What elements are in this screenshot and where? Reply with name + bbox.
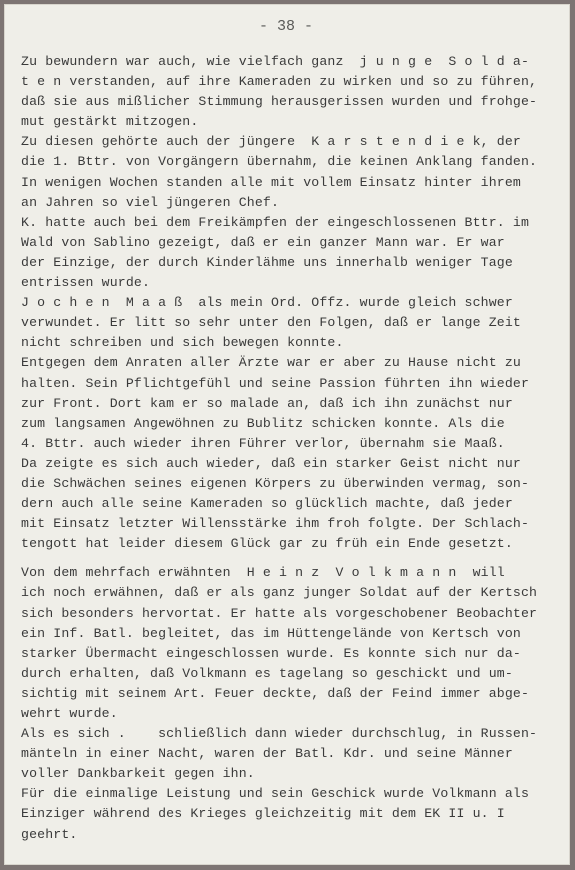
text-line: durch erhalten, daß Volkmann es tagelang… — [21, 664, 561, 684]
text-line: 4. Bttr. auch wieder ihren Führer verlor… — [21, 434, 561, 454]
page-number: - 38 - — [4, 18, 570, 35]
text-line: voller Dankbarkeit gegen ihn. — [21, 764, 561, 784]
text-line: Da zeigte es sich auch wieder, daß ein s… — [21, 454, 561, 474]
text-line: die 1. Bttr. von Vorgängern übernahm, di… — [21, 152, 561, 172]
text-line: In wenigen Wochen standen alle mit volle… — [21, 173, 561, 193]
text-line: mit Einsatz letzter Willensstärke ihm fr… — [21, 514, 561, 534]
paragraph-gap — [21, 554, 561, 563]
document-page: - 38 - Zu bewundern war auch, wie vielfa… — [4, 4, 570, 865]
text-line: zur Front. Dort kam er so malade an, daß… — [21, 394, 561, 414]
text-line: K. hatte auch bei dem Freikämpfen der ei… — [21, 213, 561, 233]
text-line: J o c h e n M a a ß als mein Ord. Offz. … — [21, 293, 561, 313]
page-number-text: - 38 - — [259, 18, 313, 35]
text-line: halten. Sein Pflichtgefühl und seine Pas… — [21, 374, 561, 394]
text-line: Einziger während des Krieges gleichzeiti… — [21, 804, 561, 824]
text-line: tengott hat leider diesem Glück gar zu f… — [21, 534, 561, 554]
text-line: mänteln in einer Nacht, waren der Batl. … — [21, 744, 561, 764]
scan-frame: - 38 - Zu bewundern war auch, wie vielfa… — [0, 0, 575, 870]
text-line: ich noch erwähnen, daß er als ganz junge… — [21, 583, 561, 603]
text-line: dern auch alle seine Kameraden so glückl… — [21, 494, 561, 514]
text-line: Entgegen dem Anraten aller Ärzte war er … — [21, 353, 561, 373]
text-line: Von dem mehrfach erwähnten H e i n z V o… — [21, 563, 561, 583]
text-line: t e n verstanden, auf ihre Kameraden zu … — [21, 72, 561, 92]
text-line: sichtig mit seinem Art. Feuer deckte, da… — [21, 684, 561, 704]
text-line: Als es sich . schließlich dann wieder du… — [21, 724, 561, 744]
text-line: nicht schreiben und sich bewegen konnte. — [21, 333, 561, 353]
text-line: sich besonders hervortat. Er hatte als v… — [21, 604, 561, 624]
text-line: geehrt. — [21, 825, 561, 845]
text-line: wehrt wurde. — [21, 704, 561, 724]
document-body: Zu bewundern war auch, wie vielfach ganz… — [21, 52, 561, 845]
text-line: Für die einmalige Leistung und sein Gesc… — [21, 784, 561, 804]
text-line: mut gestärkt mitzogen. — [21, 112, 561, 132]
text-line: daß sie aus mißlicher Stimmung herausger… — [21, 92, 561, 112]
paragraph: Von dem mehrfach erwähnten H e i n z V o… — [21, 563, 561, 844]
text-line: an Jahren so viel jüngeren Chef. — [21, 193, 561, 213]
text-line: die Schwächen seines eigenen Körpers zu … — [21, 474, 561, 494]
text-line: verwundet. Er litt so sehr unter den Fol… — [21, 313, 561, 333]
text-line: Zu diesen gehörte auch der jüngere K a r… — [21, 132, 561, 152]
paragraph: Zu bewundern war auch, wie vielfach ganz… — [21, 52, 561, 554]
text-line: Zu bewundern war auch, wie vielfach ganz… — [21, 52, 561, 72]
text-line: ein Inf. Batl. begleitet, das im Hütteng… — [21, 624, 561, 644]
text-line: Wald von Sablino gezeigt, daß er ein gan… — [21, 233, 561, 253]
text-line: entrissen wurde. — [21, 273, 561, 293]
text-line: starker Übermacht eingeschlossen wurde. … — [21, 644, 561, 664]
text-line: zum langsamen Angewöhnen zu Bublitz schi… — [21, 414, 561, 434]
text-line: der Einzige, der durch Kinderlähme uns i… — [21, 253, 561, 273]
